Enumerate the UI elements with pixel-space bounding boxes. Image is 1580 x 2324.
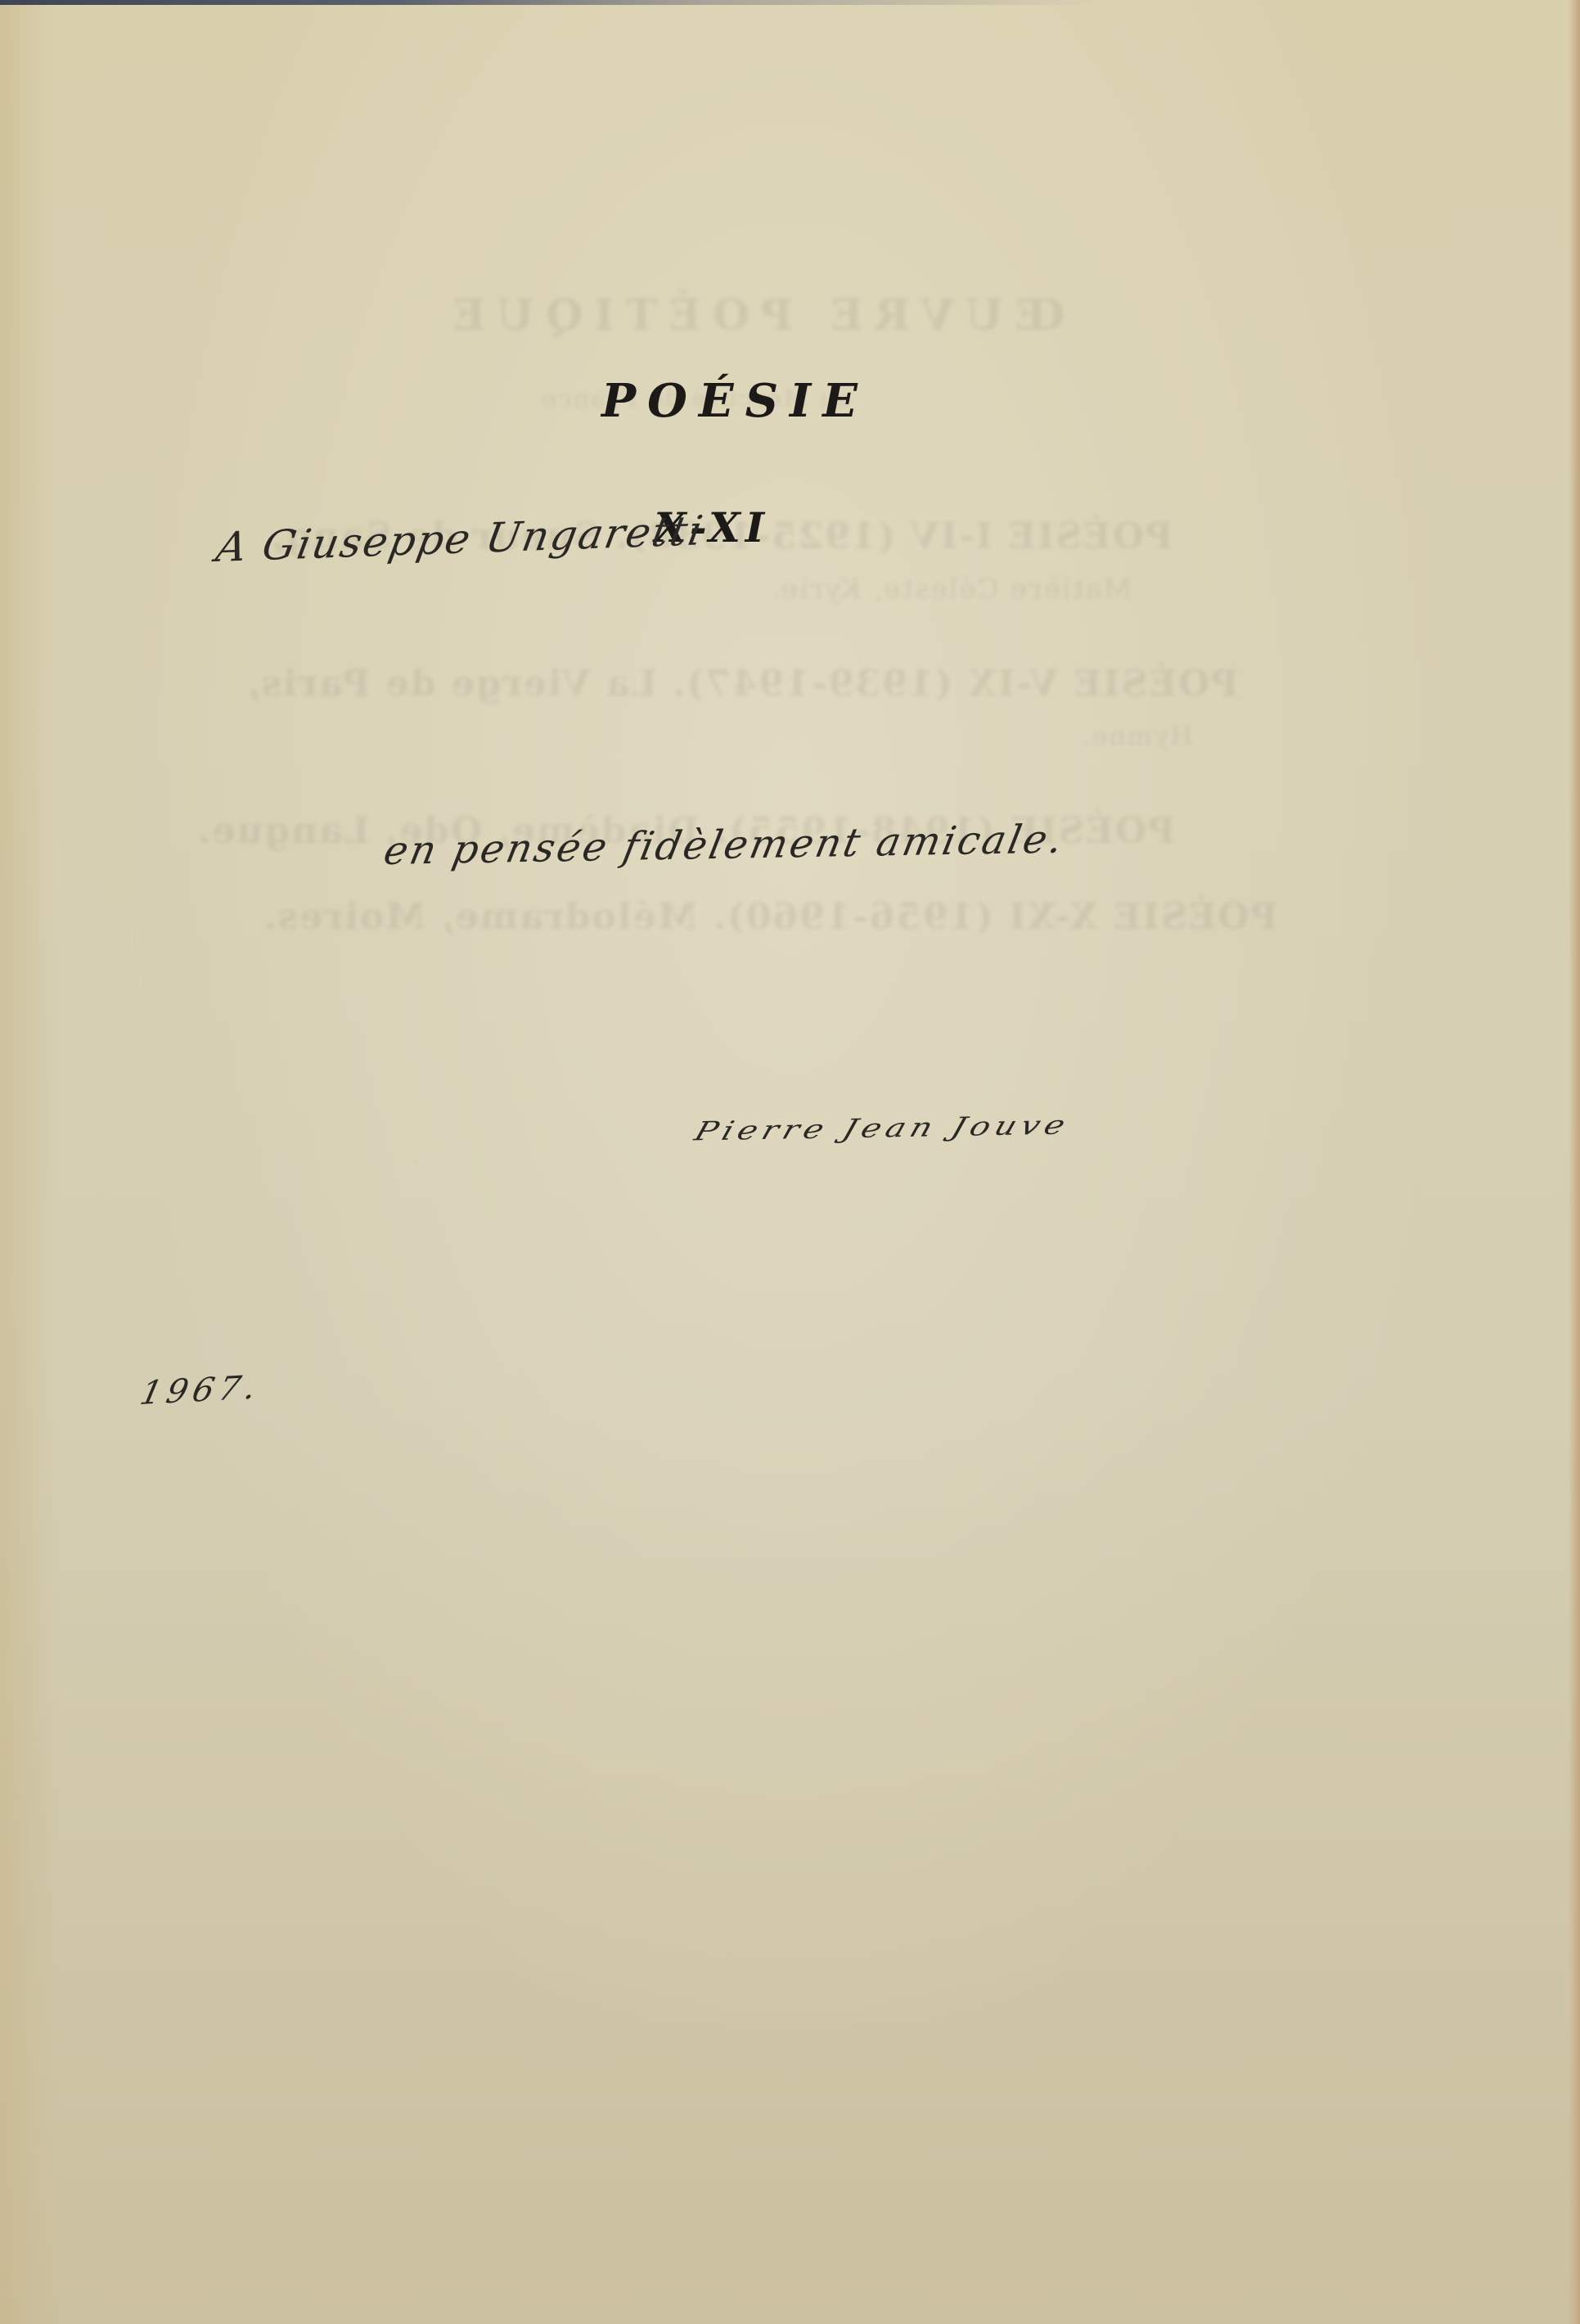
bleed-through-line: POÉSIE V-IX (1939-1947). La Vierge de Pa… [245,663,1238,705]
bleed-through-line: POÉSIE X-XI (1956-1960). Mélodrame, Moir… [262,896,1278,938]
bleed-through-line: Hymne. [1080,720,1193,751]
background-strip [0,0,1580,5]
author-signature: Pierre Jean Jouve [691,1110,1074,1147]
book-page: ŒUVRE POÉTIQUE au Mercure de France POÉS… [0,0,1580,2324]
inscription-date: 1967. [137,1368,264,1412]
bleed-through-line: Matière Céleste, Kyrie. [769,573,1132,606]
page-edge [1569,0,1580,2324]
page-gutter-shadow [0,0,57,2324]
book-title: POÉSIE [601,368,831,434]
bleed-through-heading: ŒUVRE POÉTIQUE [442,290,1065,340]
